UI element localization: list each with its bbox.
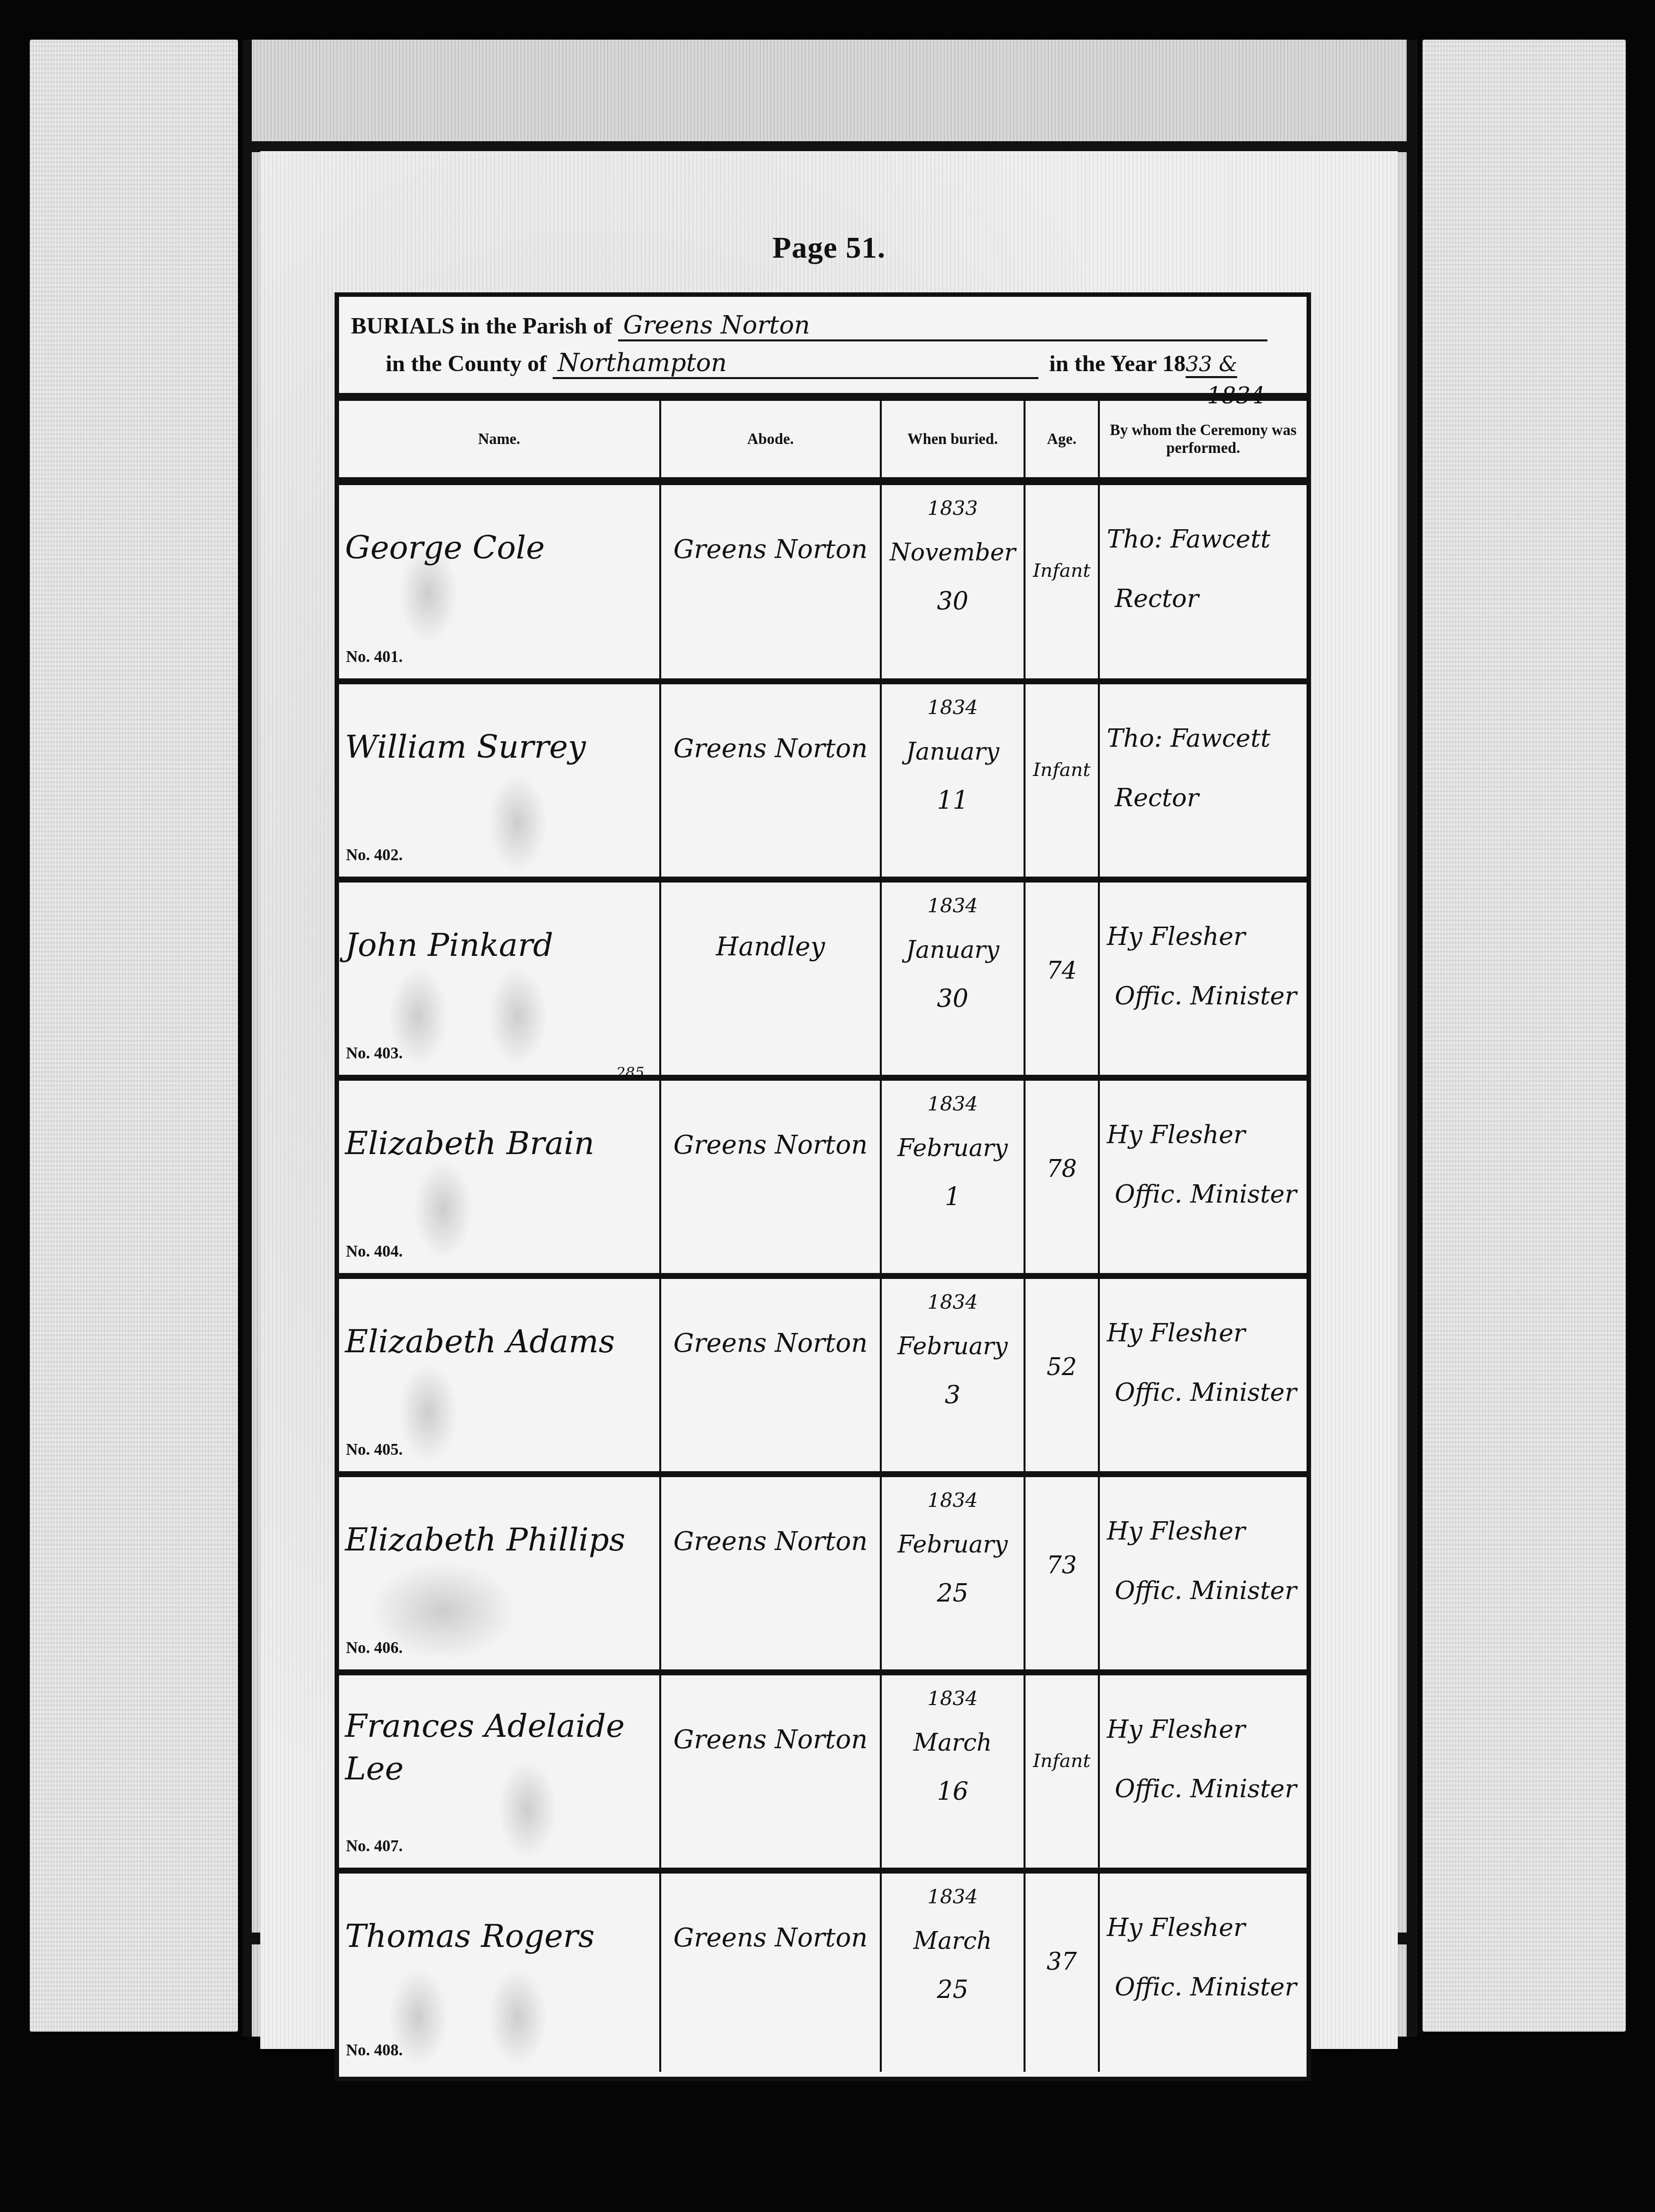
burial-day: 3 bbox=[882, 1381, 1024, 1409]
when-buried-cell: 1834 February 3 bbox=[882, 1279, 1026, 1471]
table-row: Elizabeth Phillips No. 406. Greens Norto… bbox=[339, 1477, 1307, 1675]
county-line: in the County of Northampton in the Year… bbox=[351, 348, 1295, 386]
age-cell: Infant bbox=[1026, 1675, 1100, 1868]
officiant-cell: Hy Flesher Offic. Minister bbox=[1100, 1279, 1307, 1471]
when-buried-cell: 1834 March 25 bbox=[882, 1874, 1026, 2072]
burial-day: 30 bbox=[882, 587, 1024, 615]
when-buried-cell: 1834 February 1 bbox=[882, 1081, 1026, 1273]
burial-year: 1834 bbox=[882, 1687, 1024, 1710]
officiant-cell: Tho: Fawcett Rector bbox=[1100, 684, 1307, 877]
parish-line: BURIALS in the Parish of Greens Norton bbox=[351, 311, 1295, 348]
abode-cell: Greens Norton bbox=[661, 684, 882, 877]
burial-year: 1834 bbox=[882, 1885, 1024, 1908]
header-name: Name. bbox=[339, 401, 661, 477]
age: Infant bbox=[1026, 759, 1098, 780]
burial-day: 1 bbox=[882, 1182, 1024, 1211]
abode: Greens Norton bbox=[661, 1923, 880, 1953]
officiant-title: Rector bbox=[1115, 783, 1198, 812]
abode-cell: Greens Norton bbox=[661, 1081, 882, 1273]
table-row: William Surrey No. 402. Greens Norton 18… bbox=[339, 684, 1307, 883]
officiant-name: Hy Flesher bbox=[1107, 922, 1245, 951]
entry-number: No. 407. bbox=[346, 1837, 403, 1856]
name-cell: Thomas Rogers No. 408. bbox=[339, 1874, 661, 2072]
burial-name: Frances Adelaide Lee bbox=[345, 1705, 642, 1791]
burial-name: Thomas Rogers bbox=[345, 1918, 594, 1955]
officiant-cell: Hy Flesher Offic. Minister bbox=[1100, 1081, 1307, 1273]
officiant-cell: Hy Flesher Offic. Minister bbox=[1100, 883, 1307, 1075]
burial-year: 1834 bbox=[882, 1093, 1024, 1115]
table-row: George Cole No. 401. Greens Norton 1833 … bbox=[339, 485, 1307, 684]
entry-number: No. 403. bbox=[346, 1045, 403, 1063]
county-label: in the County of bbox=[386, 350, 547, 377]
age-cell: 78 bbox=[1026, 1081, 1100, 1273]
header-age: Age. bbox=[1026, 401, 1100, 477]
entry-rows: George Cole No. 401. Greens Norton 1833 … bbox=[339, 485, 1307, 2072]
burial-day: 25 bbox=[882, 1579, 1024, 1607]
margin-annotation: 285 bbox=[616, 1064, 644, 1082]
burial-name: John Pinkard bbox=[345, 927, 553, 964]
burial-year: 1834 bbox=[882, 696, 1024, 719]
age: Infant bbox=[1026, 559, 1098, 581]
parish-label: BURIALS in the Parish of bbox=[351, 313, 613, 339]
burial-year: 1834 bbox=[882, 894, 1024, 917]
officiant-name: Hy Flesher bbox=[1107, 1517, 1245, 1546]
age-cell: 74 bbox=[1026, 883, 1100, 1075]
officiant-title: Offic. Minister bbox=[1115, 1973, 1297, 2001]
officiant-name: Hy Flesher bbox=[1107, 1913, 1245, 1942]
register-title-block: BURIALS in the Parish of Greens Norton i… bbox=[339, 297, 1307, 401]
table-row: Thomas Rogers No. 408. Greens Norton 183… bbox=[339, 1874, 1307, 2072]
abode-cell: Greens Norton bbox=[661, 1477, 882, 1669]
frame-left-rule bbox=[243, 40, 252, 2037]
burial-day: 25 bbox=[882, 1975, 1024, 2004]
burial-register-table: BURIALS in the Parish of Greens Norton i… bbox=[335, 292, 1311, 2081]
table-row: Elizabeth Brain No. 404. Greens Norton 1… bbox=[339, 1081, 1307, 1279]
burial-name: Elizabeth Adams bbox=[345, 1324, 615, 1360]
abode: Greens Norton bbox=[661, 535, 880, 564]
burial-day: 11 bbox=[882, 786, 1024, 815]
officiant-title: Offic. Minister bbox=[1115, 1180, 1297, 1209]
age: 73 bbox=[1026, 1551, 1098, 1579]
page-number: Page 51. bbox=[260, 230, 1398, 266]
burial-month: February bbox=[882, 1332, 1024, 1360]
burial-month: January bbox=[882, 738, 1024, 766]
entry-number: No. 401. bbox=[346, 648, 403, 666]
officiant-name: Tho: Fawcett bbox=[1107, 525, 1270, 553]
officiant-name: Hy Flesher bbox=[1107, 1715, 1245, 1744]
abode: Handley bbox=[661, 932, 880, 962]
burial-year: 1834 bbox=[882, 1291, 1024, 1314]
officiant-name: Hy Flesher bbox=[1107, 1120, 1245, 1149]
entry-number: No. 402. bbox=[346, 846, 403, 865]
name-cell: Elizabeth Adams No. 405. bbox=[339, 1279, 661, 1471]
parish-value: Greens Norton bbox=[618, 311, 1267, 341]
abode: Greens Norton bbox=[661, 1725, 880, 1755]
abode: Greens Norton bbox=[661, 1328, 880, 1358]
name-cell: Elizabeth Brain No. 404. bbox=[339, 1081, 661, 1273]
officiant-cell: Hy Flesher Offic. Minister bbox=[1100, 1874, 1307, 2072]
entry-number: No. 406. bbox=[346, 1639, 403, 1658]
age-cell: 52 bbox=[1026, 1279, 1100, 1471]
burial-month: January bbox=[882, 936, 1024, 964]
abode: Greens Norton bbox=[661, 734, 880, 764]
right-frame-panel bbox=[1423, 40, 1626, 2032]
age: 78 bbox=[1026, 1155, 1098, 1183]
table-row: Elizabeth Adams No. 405. Greens Norton 1… bbox=[339, 1279, 1307, 1477]
year-handwritten: 33 & bbox=[1186, 352, 1237, 378]
burial-year: 1834 bbox=[882, 1489, 1024, 1512]
header-by-whom: By whom the Ceremony was performed. bbox=[1100, 401, 1307, 477]
entry-number: No. 405. bbox=[346, 1441, 403, 1459]
entry-number: No. 408. bbox=[346, 2042, 403, 2060]
abode-cell: Greens Norton bbox=[661, 1675, 882, 1868]
officiant-title: Offic. Minister bbox=[1115, 1774, 1297, 1803]
officiant-title: Offic. Minister bbox=[1115, 1378, 1297, 1407]
table-row: Frances Adelaide Lee No. 407. Greens Nor… bbox=[339, 1675, 1307, 1874]
burial-month: March bbox=[882, 1729, 1024, 1757]
age: 74 bbox=[1026, 957, 1098, 985]
name-cell: John Pinkard No. 403. 285 bbox=[339, 883, 661, 1075]
table-row: John Pinkard No. 403. 285 Handley 1834 J… bbox=[339, 883, 1307, 1081]
when-buried-cell: 1834 January 30 bbox=[882, 883, 1026, 1075]
age-cell: Infant bbox=[1026, 485, 1100, 678]
when-buried-cell: 1834 January 11 bbox=[882, 684, 1026, 877]
left-frame-panel bbox=[30, 40, 238, 2032]
burial-month: February bbox=[882, 1134, 1024, 1162]
when-buried-cell: 1834 March 16 bbox=[882, 1675, 1026, 1868]
burial-month: November bbox=[882, 539, 1024, 566]
age-cell: 73 bbox=[1026, 1477, 1100, 1669]
burial-name: George Cole bbox=[345, 530, 545, 566]
officiant-title: Offic. Minister bbox=[1115, 982, 1297, 1010]
register-page: Page 51. BURIALS in the Parish of Greens… bbox=[260, 151, 1398, 2049]
name-cell: Elizabeth Phillips No. 406. bbox=[339, 1477, 661, 1669]
burial-name: Elizabeth Brain bbox=[345, 1125, 594, 1162]
age-cell: 37 bbox=[1026, 1874, 1100, 2072]
abode: Greens Norton bbox=[661, 1130, 880, 1160]
county-value: Northampton bbox=[553, 348, 1038, 379]
burial-month: February bbox=[882, 1531, 1024, 1558]
officiant-cell: Tho: Fawcett Rector bbox=[1100, 485, 1307, 678]
name-cell: George Cole No. 401. bbox=[339, 485, 661, 678]
burial-year: 1833 bbox=[882, 497, 1024, 520]
age: Infant bbox=[1026, 1750, 1098, 1771]
abode: Greens Norton bbox=[661, 1527, 880, 1556]
when-buried-cell: 1834 February 25 bbox=[882, 1477, 1026, 1669]
abode-cell: Greens Norton bbox=[661, 485, 882, 678]
abode-cell: Handley bbox=[661, 883, 882, 1075]
age: 37 bbox=[1026, 1948, 1098, 1976]
officiant-title: Offic. Minister bbox=[1115, 1576, 1297, 1605]
when-buried-cell: 1833 November 30 bbox=[882, 485, 1026, 678]
header-abode: Abode. bbox=[661, 401, 882, 477]
abode-cell: Greens Norton bbox=[661, 1874, 882, 2072]
frame-top-rule bbox=[243, 141, 1418, 152]
name-cell: William Surrey No. 402. bbox=[339, 684, 661, 877]
age-cell: Infant bbox=[1026, 684, 1100, 877]
year-label: in the Year 18 bbox=[1049, 350, 1186, 377]
burial-day: 30 bbox=[882, 984, 1024, 1013]
burial-month: March bbox=[882, 1927, 1024, 1955]
burial-name: William Surrey bbox=[345, 729, 586, 766]
age: 52 bbox=[1026, 1353, 1098, 1381]
officiant-name: Tho: Fawcett bbox=[1107, 724, 1270, 753]
abode-cell: Greens Norton bbox=[661, 1279, 882, 1471]
officiant-cell: Hy Flesher Offic. Minister bbox=[1100, 1477, 1307, 1669]
officiant-name: Hy Flesher bbox=[1107, 1319, 1245, 1347]
frame-right-rule bbox=[1407, 40, 1418, 2037]
officiant-title: Rector bbox=[1115, 584, 1198, 613]
burial-day: 16 bbox=[882, 1777, 1024, 1806]
officiant-cell: Hy Flesher Offic. Minister bbox=[1100, 1675, 1307, 1868]
entry-number: No. 404. bbox=[346, 1243, 403, 1261]
name-cell: Frances Adelaide Lee No. 407. bbox=[339, 1675, 661, 1868]
burial-name: Elizabeth Phillips bbox=[345, 1522, 626, 1558]
header-when-buried: When buried. bbox=[882, 401, 1026, 477]
column-header-row: Name. Abode. When buried. Age. By whom t… bbox=[339, 401, 1307, 485]
